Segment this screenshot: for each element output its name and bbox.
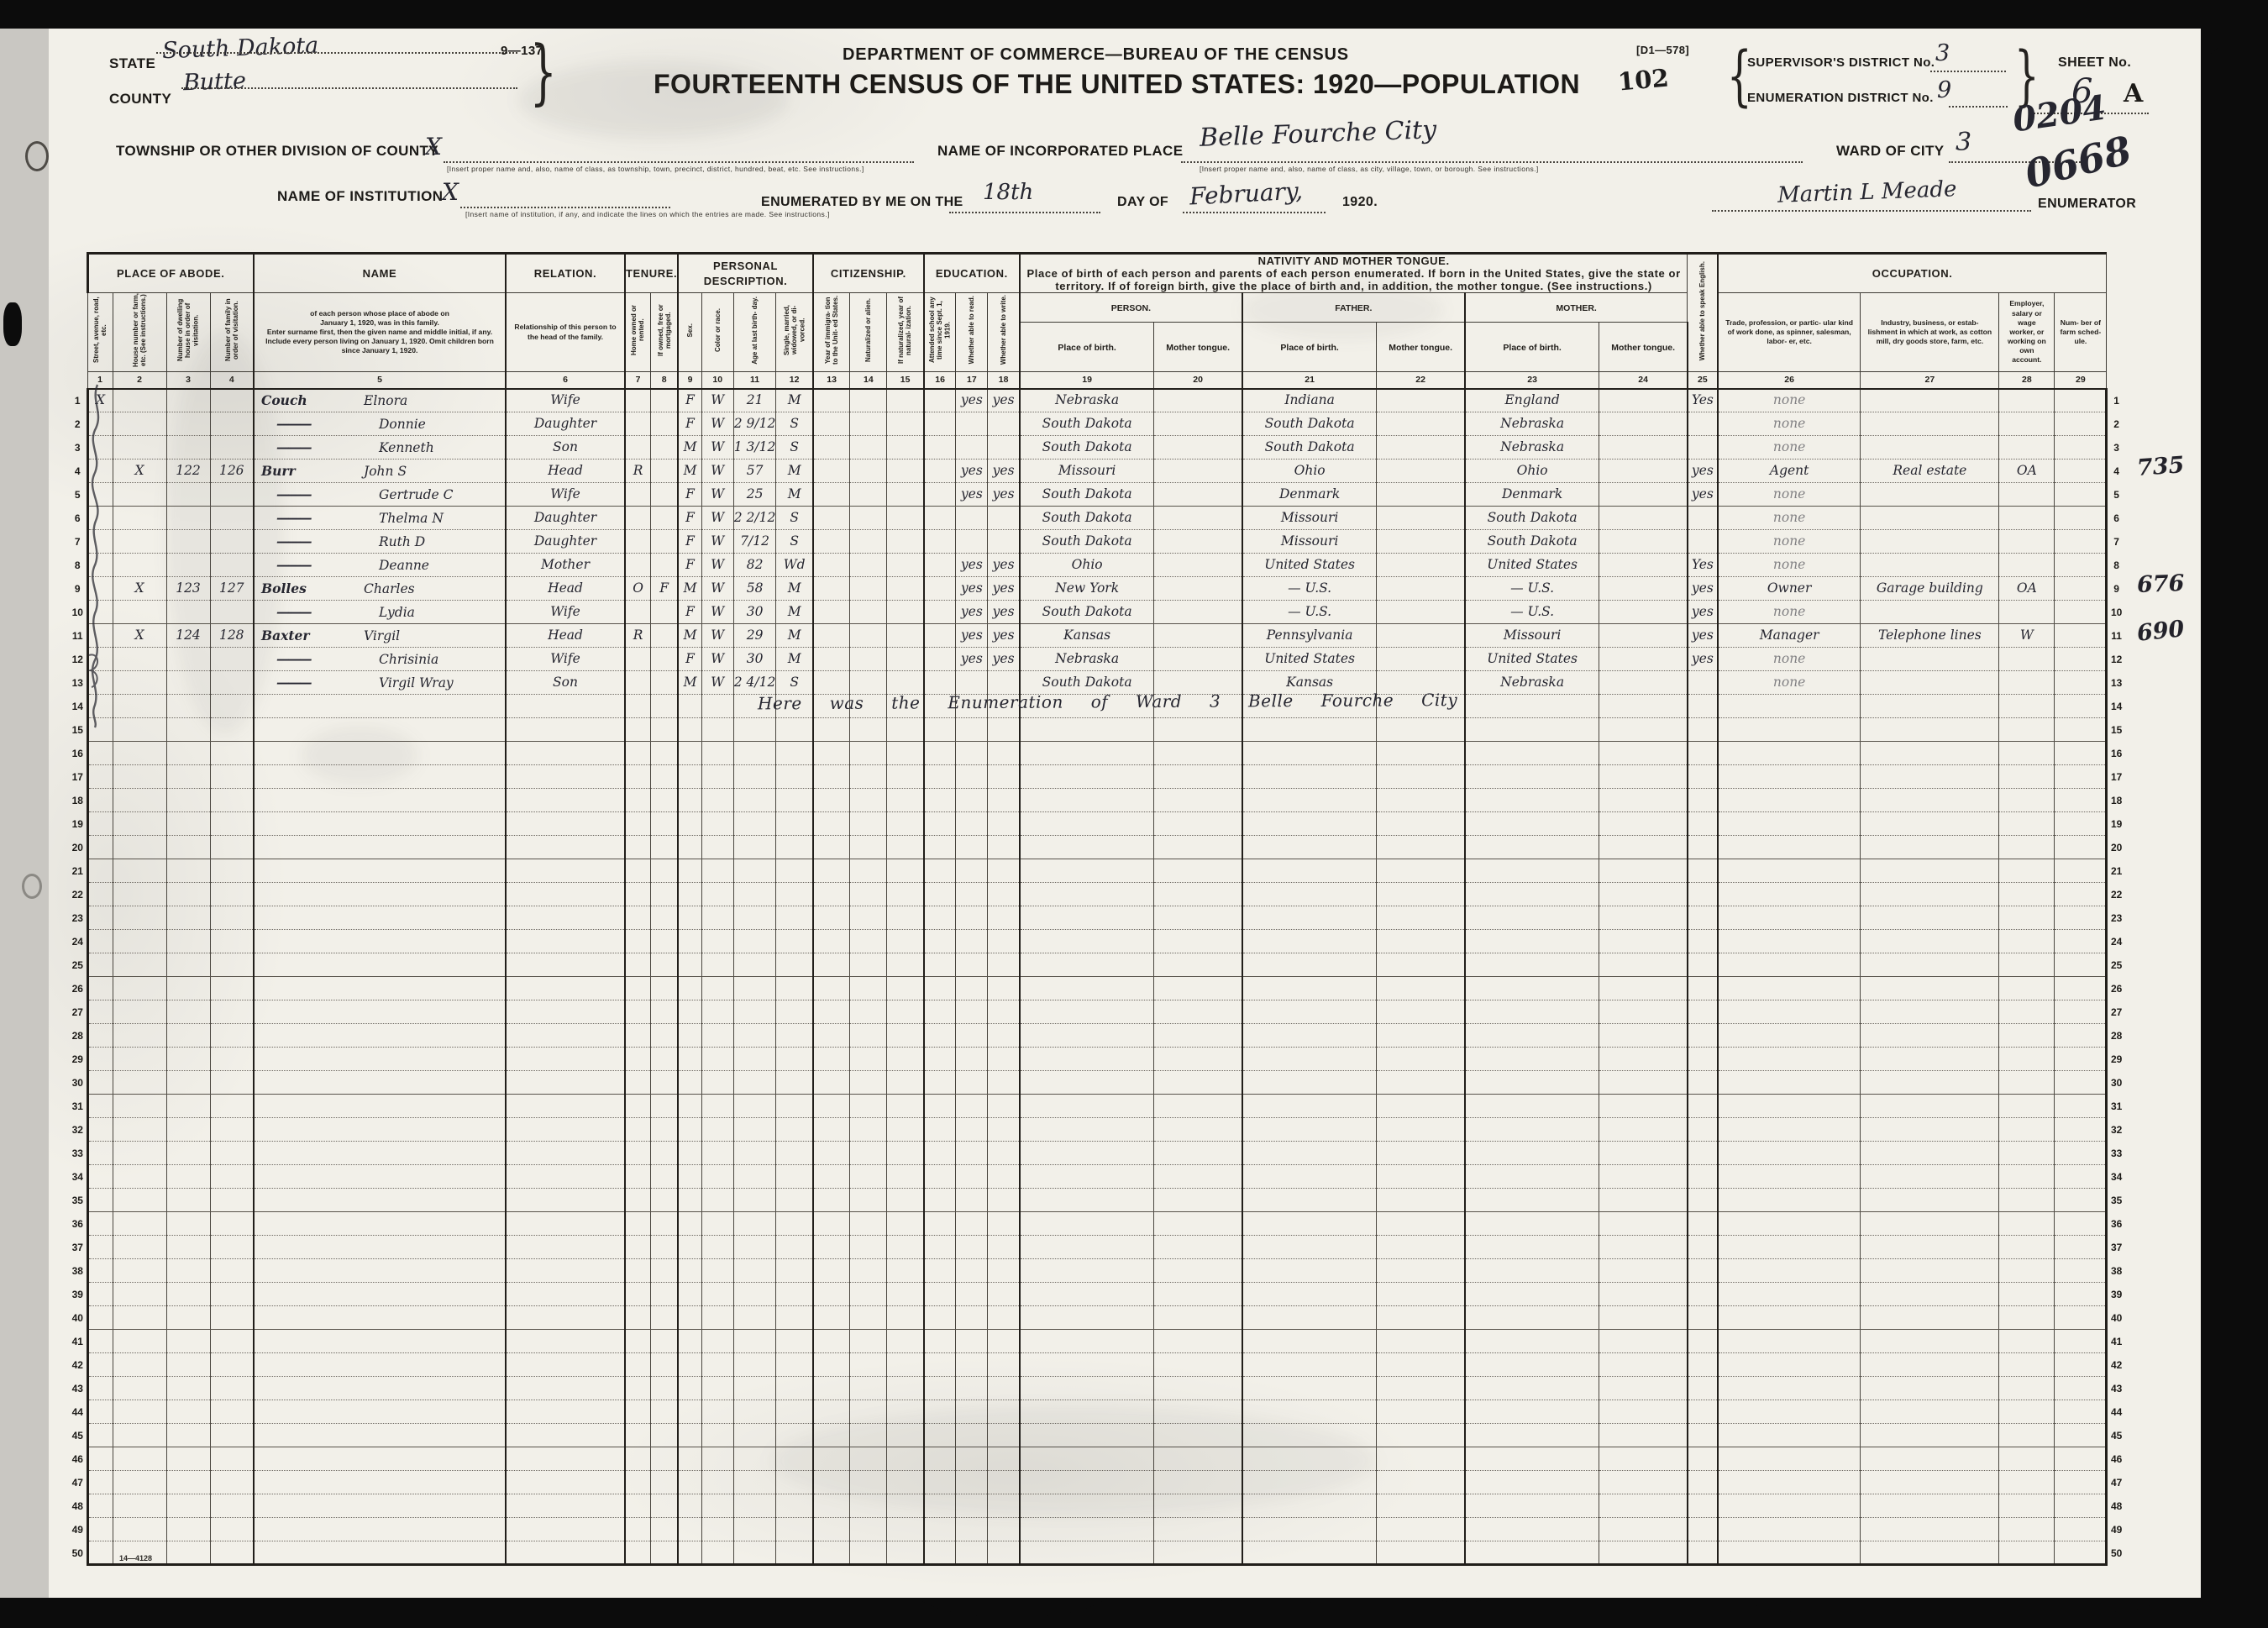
- column-label: Relationship of this person to the head …: [506, 293, 625, 372]
- column-number: 27: [1861, 372, 1999, 389]
- cell-c15: [887, 648, 924, 671]
- cell-name: [254, 1330, 506, 1353]
- cell-col: W: [701, 671, 733, 695]
- cell-c14: [850, 977, 887, 1000]
- cell-mar: [776, 1541, 813, 1565]
- cell-col: [701, 812, 733, 836]
- cell-p19: [1020, 1142, 1154, 1165]
- census-row: 5050: [69, 1541, 2125, 1565]
- cell-t8: [651, 1165, 679, 1189]
- column-number: 22: [1377, 372, 1465, 389]
- cell-c15: [887, 1071, 924, 1095]
- line-number: 32: [69, 1118, 87, 1142]
- cell-o28: [1999, 1424, 2055, 1447]
- line-number: 3: [2107, 436, 2125, 460]
- cell-o26: [1718, 859, 1861, 883]
- cell-sex: [678, 906, 701, 930]
- cell-t7: [625, 859, 651, 883]
- cell-t8: [651, 1024, 679, 1048]
- census-row: 4040: [69, 1306, 2125, 1330]
- cell-p21: United States: [1242, 554, 1377, 577]
- cell-c14: [850, 1095, 887, 1118]
- line-number: 16: [2107, 742, 2125, 765]
- cell-fam: [210, 1071, 254, 1095]
- cell-p23: [1465, 1024, 1599, 1048]
- cell-p21: [1242, 906, 1377, 930]
- cell-o27: [1861, 1189, 1999, 1212]
- line-number: 39: [2107, 1283, 2125, 1306]
- cell-p22: [1377, 1400, 1465, 1424]
- column-label: Mother tongue.: [1599, 322, 1688, 371]
- cell-o28: [1999, 695, 2055, 718]
- group-header: RELATION.: [506, 254, 625, 293]
- township-label: TOWNSHIP OR OTHER DIVISION OF COUNTY: [116, 143, 438, 160]
- cell-name: [254, 695, 506, 718]
- cell-o28: W: [1999, 624, 2055, 648]
- cell-p21: [1242, 789, 1377, 812]
- cell-p23: [1465, 1000, 1599, 1024]
- cell-c14: [850, 906, 887, 930]
- cell-p22: [1377, 460, 1465, 483]
- cell-age: 2 9/12: [733, 412, 776, 436]
- cell-o27: [1861, 1165, 1999, 1189]
- cell-t7: [625, 530, 651, 554]
- cell-fam: [210, 1283, 254, 1306]
- cell-p23: [1465, 977, 1599, 1000]
- cell-p22: [1377, 1048, 1465, 1071]
- cell-t7: [625, 1494, 651, 1518]
- given-name: Donnie: [375, 417, 426, 432]
- cell-age: 30: [733, 648, 776, 671]
- cell-o27: [1861, 859, 1999, 883]
- cell-t7: [625, 812, 651, 836]
- cell-p19: Nebraska: [1020, 648, 1154, 671]
- cell-p22: [1377, 906, 1465, 930]
- cell-o26: none: [1718, 507, 1861, 530]
- cell-name: [254, 1189, 506, 1212]
- cell-t8: [651, 953, 679, 977]
- cell-o27: [1861, 977, 1999, 1000]
- column-label: Whether able to read.: [956, 293, 988, 372]
- column-number: 26: [1718, 372, 1861, 389]
- cell-age: [733, 1400, 776, 1424]
- cell-col: [701, 718, 733, 742]
- cell-t7: O: [625, 577, 651, 601]
- cell-rel: Head: [506, 577, 625, 601]
- cell-rel: [506, 1189, 625, 1212]
- line-number: 38: [2107, 1259, 2125, 1283]
- cell-rel: [506, 906, 625, 930]
- cell-c13: [813, 883, 850, 906]
- cell-c15: [887, 1024, 924, 1048]
- cell-c29: [2055, 1236, 2107, 1259]
- cell-p23: [1465, 1189, 1599, 1212]
- cell-col: [701, 1212, 733, 1236]
- cell-mar: [776, 1095, 813, 1118]
- cell-fam: [210, 906, 254, 930]
- cell-c16: [924, 1306, 956, 1330]
- cell-age: [733, 1259, 776, 1283]
- column-label: Place of birth.: [1465, 322, 1599, 371]
- cell-p21: [1242, 1165, 1377, 1189]
- cell-mar: [776, 812, 813, 836]
- cell-c29: [2055, 765, 2107, 789]
- cell-p24: [1599, 977, 1688, 1000]
- cell-o28: [1999, 812, 2055, 836]
- cell-sex: [678, 1095, 701, 1118]
- cell-write: yes: [988, 648, 1020, 671]
- cell-o26: Manager: [1718, 624, 1861, 648]
- cell-o26: [1718, 1024, 1861, 1048]
- cell-eng: [1688, 859, 1718, 883]
- cell-o27: [1861, 483, 1999, 507]
- cell-write: yes: [988, 389, 1020, 412]
- cell-o27: [1861, 836, 1999, 859]
- cell-dw: [166, 1541, 210, 1565]
- cell-t7: [625, 1447, 651, 1471]
- cell-c29: [2055, 389, 2107, 412]
- census-row: 3434: [69, 1165, 2125, 1189]
- cell-c15: [887, 1000, 924, 1024]
- cell-name: [254, 789, 506, 812]
- cell-mar: [776, 859, 813, 883]
- cell-p24: [1599, 1447, 1688, 1471]
- cell-col: [701, 1518, 733, 1541]
- cell-p24: [1599, 1118, 1688, 1142]
- line-number: 11: [2107, 624, 2125, 648]
- cell-read: yes: [956, 577, 988, 601]
- cell-p22: [1377, 601, 1465, 624]
- cell-c15: [887, 1048, 924, 1071]
- cell-dw: [166, 836, 210, 859]
- cell-read: [956, 1518, 988, 1541]
- column-number: 11: [733, 372, 776, 389]
- cell-c16: [924, 859, 956, 883]
- cell-mar: [776, 1071, 813, 1095]
- cell-read: [956, 1165, 988, 1189]
- cell-c29: [2055, 1447, 2107, 1471]
- cell-p22: [1377, 1306, 1465, 1330]
- cell-p21: [1242, 1142, 1377, 1165]
- cell-col: [701, 1189, 733, 1212]
- cell-c13: [813, 765, 850, 789]
- cell-eng: yes: [1688, 577, 1718, 601]
- cell-dw: [166, 718, 210, 742]
- cell-rel: Son: [506, 436, 625, 460]
- cell-age: [733, 1541, 776, 1565]
- line-number: 23: [69, 906, 87, 930]
- cell-p20: [1154, 530, 1242, 554]
- cell-eng: [1688, 412, 1718, 436]
- cell-p20: [1154, 1212, 1242, 1236]
- cell-p24: [1599, 812, 1688, 836]
- cell-p23: [1465, 765, 1599, 789]
- institution-note: [Insert name of institution, if any, and…: [465, 210, 830, 218]
- line-number: 28: [69, 1024, 87, 1048]
- cell-p23: [1465, 836, 1599, 859]
- cell-c16: [924, 1095, 956, 1118]
- cell-t8: [651, 1306, 679, 1330]
- cell-p19: [1020, 765, 1154, 789]
- cell-age: [733, 977, 776, 1000]
- cell-p19: South Dakota: [1020, 507, 1154, 530]
- cell-p21: South Dakota: [1242, 436, 1377, 460]
- cell-name: ———Donnie: [254, 412, 506, 436]
- cell-p22: [1377, 1330, 1465, 1353]
- cell-c15: [887, 671, 924, 695]
- line-number: 47: [69, 1471, 87, 1494]
- county-value: Butte: [182, 68, 246, 97]
- cell-c13: [813, 1541, 850, 1565]
- cell-c13: [813, 1142, 850, 1165]
- cell-t8: [651, 1283, 679, 1306]
- cell-sex: F: [678, 554, 701, 577]
- cell-hn: [113, 1189, 166, 1212]
- cell-c14: [850, 1283, 887, 1306]
- cell-c16: [924, 648, 956, 671]
- cell-hn: X: [113, 577, 166, 601]
- cell-p24: [1599, 1165, 1688, 1189]
- cell-t8: [651, 483, 679, 507]
- cell-name: [254, 1400, 506, 1424]
- cell-eng: [1688, 906, 1718, 930]
- cell-fam: [210, 977, 254, 1000]
- place-value: Belle Fourche City: [1199, 115, 1436, 153]
- cell-age: 2 2/12: [733, 507, 776, 530]
- cell-p20: [1154, 1306, 1242, 1330]
- line-number: 24: [69, 930, 87, 953]
- cell-fam: [210, 1541, 254, 1565]
- cell-st: [87, 1424, 113, 1447]
- cell-mar: S: [776, 412, 813, 436]
- cell-p21: — U.S.: [1242, 601, 1377, 624]
- cell-age: 7/12: [733, 530, 776, 554]
- cell-o27: [1861, 930, 1999, 953]
- line-number: 29: [2107, 1048, 2125, 1071]
- cell-t7: [625, 789, 651, 812]
- cell-c16: [924, 1071, 956, 1095]
- cell-o26: [1718, 1118, 1861, 1142]
- line-number: 12: [2107, 648, 2125, 671]
- cell-c13: [813, 671, 850, 695]
- line-number: 50: [69, 1541, 87, 1565]
- cell-read: yes: [956, 483, 988, 507]
- enumerator-line: [1712, 210, 2031, 212]
- state-label: STATE: [109, 55, 155, 72]
- cell-name: [254, 1259, 506, 1283]
- cell-c13: [813, 507, 850, 530]
- cell-c14: [850, 836, 887, 859]
- cell-c29: [2055, 695, 2107, 718]
- cell-o26: [1718, 1518, 1861, 1541]
- cell-c29: [2055, 1353, 2107, 1377]
- cell-name: [254, 1494, 506, 1518]
- cell-p22: [1377, 1212, 1465, 1236]
- cell-o26: [1718, 1377, 1861, 1400]
- line-number: 48: [2107, 1494, 2125, 1518]
- cell-p19: [1020, 1024, 1154, 1048]
- cell-p22: [1377, 1259, 1465, 1283]
- cell-p23: [1465, 1236, 1599, 1259]
- cell-o27: [1861, 1330, 1999, 1353]
- cell-read: [956, 1095, 988, 1118]
- cell-mar: [776, 789, 813, 812]
- cell-rel: [506, 1071, 625, 1095]
- cell-p22: [1377, 436, 1465, 460]
- cell-c14: [850, 412, 887, 436]
- cell-o28: [1999, 507, 2055, 530]
- cell-sex: [678, 1330, 701, 1353]
- cell-p21: [1242, 859, 1377, 883]
- cell-o28: [1999, 1494, 2055, 1518]
- cell-o27: [1861, 695, 1999, 718]
- cell-p21: [1242, 1212, 1377, 1236]
- cell-p20: [1154, 1518, 1242, 1541]
- cell-c14: [850, 1048, 887, 1071]
- column-number: 5: [254, 372, 506, 389]
- cell-t8: [651, 1471, 679, 1494]
- line-number: 13: [2107, 671, 2125, 695]
- cell-c16: [924, 718, 956, 742]
- cell-p22: [1377, 1095, 1465, 1118]
- cell-age: [733, 1118, 776, 1142]
- cell-read: yes: [956, 624, 988, 648]
- cell-eng: [1688, 953, 1718, 977]
- cell-o28: [1999, 554, 2055, 577]
- cell-hn: [113, 953, 166, 977]
- cell-mar: M: [776, 389, 813, 412]
- line-number: 43: [2107, 1377, 2125, 1400]
- sheet-letter: A: [2124, 79, 2144, 108]
- cell-c14: [850, 718, 887, 742]
- cell-p23: [1465, 1212, 1599, 1236]
- cell-c14: [850, 1000, 887, 1024]
- cell-p20: [1154, 1142, 1242, 1165]
- cell-p23: [1465, 789, 1599, 812]
- cell-c16: [924, 930, 956, 953]
- cell-p22: [1377, 1353, 1465, 1377]
- cell-c14: [850, 624, 887, 648]
- cell-rel: Daughter: [506, 412, 625, 436]
- cell-sex: F: [678, 601, 701, 624]
- cell-p21: Pennsylvania: [1242, 624, 1377, 648]
- cell-t8: [651, 1330, 679, 1353]
- cell-sex: M: [678, 460, 701, 483]
- cell-o26: [1718, 1259, 1861, 1283]
- cell-eng: [1688, 1330, 1718, 1353]
- cell-rel: Wife: [506, 389, 625, 412]
- cell-dw: [166, 859, 210, 883]
- form-print-code: 14—4128: [119, 1554, 152, 1562]
- line-number: 34: [2107, 1165, 2125, 1189]
- cell-fam: [210, 765, 254, 789]
- cell-p23: [1465, 1165, 1599, 1189]
- cell-p21: [1242, 1189, 1377, 1212]
- cell-sex: [678, 1377, 701, 1400]
- given-name: Thelma N: [375, 511, 444, 526]
- cell-c14: [850, 953, 887, 977]
- cell-c14: [850, 1118, 887, 1142]
- cell-p21: [1242, 1306, 1377, 1330]
- cell-t8: [651, 601, 679, 624]
- cell-c15: [887, 1118, 924, 1142]
- line-number: 35: [69, 1189, 87, 1212]
- cell-col: W: [701, 507, 733, 530]
- institution-value: X: [442, 178, 459, 206]
- cell-read: yes: [956, 601, 988, 624]
- cell-sex: [678, 1424, 701, 1447]
- cell-p21: [1242, 977, 1377, 1000]
- cell-o26: [1718, 977, 1861, 1000]
- line-number: 22: [2107, 883, 2125, 906]
- cell-c14: [850, 789, 887, 812]
- cell-t7: [625, 953, 651, 977]
- line-number: 24: [2107, 930, 2125, 953]
- state-value: South Dakota: [162, 33, 319, 64]
- cell-o26: none: [1718, 648, 1861, 671]
- cell-hn: [113, 1000, 166, 1024]
- cell-sex: F: [678, 412, 701, 436]
- cell-eng: [1688, 1048, 1718, 1071]
- cell-c13: [813, 906, 850, 930]
- cell-p22: [1377, 789, 1465, 812]
- cell-o28: [1999, 601, 2055, 624]
- column-number: 20: [1154, 372, 1242, 389]
- cell-col: [701, 789, 733, 812]
- cell-sex: F: [678, 483, 701, 507]
- cell-o27: Garage building: [1861, 577, 1999, 601]
- cell-age: [733, 1424, 776, 1447]
- cell-st: [87, 1142, 113, 1165]
- cell-c16: [924, 1118, 956, 1142]
- cell-t8: [651, 1236, 679, 1259]
- given-name: Chrisinia: [375, 652, 438, 667]
- cell-p19: [1020, 742, 1154, 765]
- cell-dw: [166, 1377, 210, 1400]
- state-line: [156, 52, 517, 54]
- cell-col: W: [701, 577, 733, 601]
- cell-write: [988, 1000, 1020, 1024]
- cell-p19: [1020, 883, 1154, 906]
- cell-c16: [924, 624, 956, 648]
- cell-t8: [651, 859, 679, 883]
- line-number: 30: [2107, 1071, 2125, 1095]
- cell-age: 1 3/12: [733, 436, 776, 460]
- cell-hn: [113, 389, 166, 412]
- cell-st: [87, 1283, 113, 1306]
- cell-p20: [1154, 1353, 1242, 1377]
- cell-name: [254, 1212, 506, 1236]
- cell-c16: [924, 1024, 956, 1048]
- cell-o28: [1999, 859, 2055, 883]
- cell-rel: [506, 1024, 625, 1048]
- cell-p24: [1599, 1330, 1688, 1353]
- cell-t8: [651, 1518, 679, 1541]
- cell-c14: [850, 1142, 887, 1165]
- cell-p19: [1020, 953, 1154, 977]
- cell-fam: [210, 1048, 254, 1071]
- cell-p22: [1377, 1541, 1465, 1565]
- cell-t8: [651, 1541, 679, 1565]
- cell-p21: [1242, 1236, 1377, 1259]
- cell-mar: [776, 1236, 813, 1259]
- line-number: 49: [2107, 1518, 2125, 1541]
- line-number: 2: [2107, 412, 2125, 436]
- cell-st: [87, 1259, 113, 1283]
- cell-write: [988, 1095, 1020, 1118]
- cell-st: [87, 1024, 113, 1048]
- cell-fam: [210, 930, 254, 953]
